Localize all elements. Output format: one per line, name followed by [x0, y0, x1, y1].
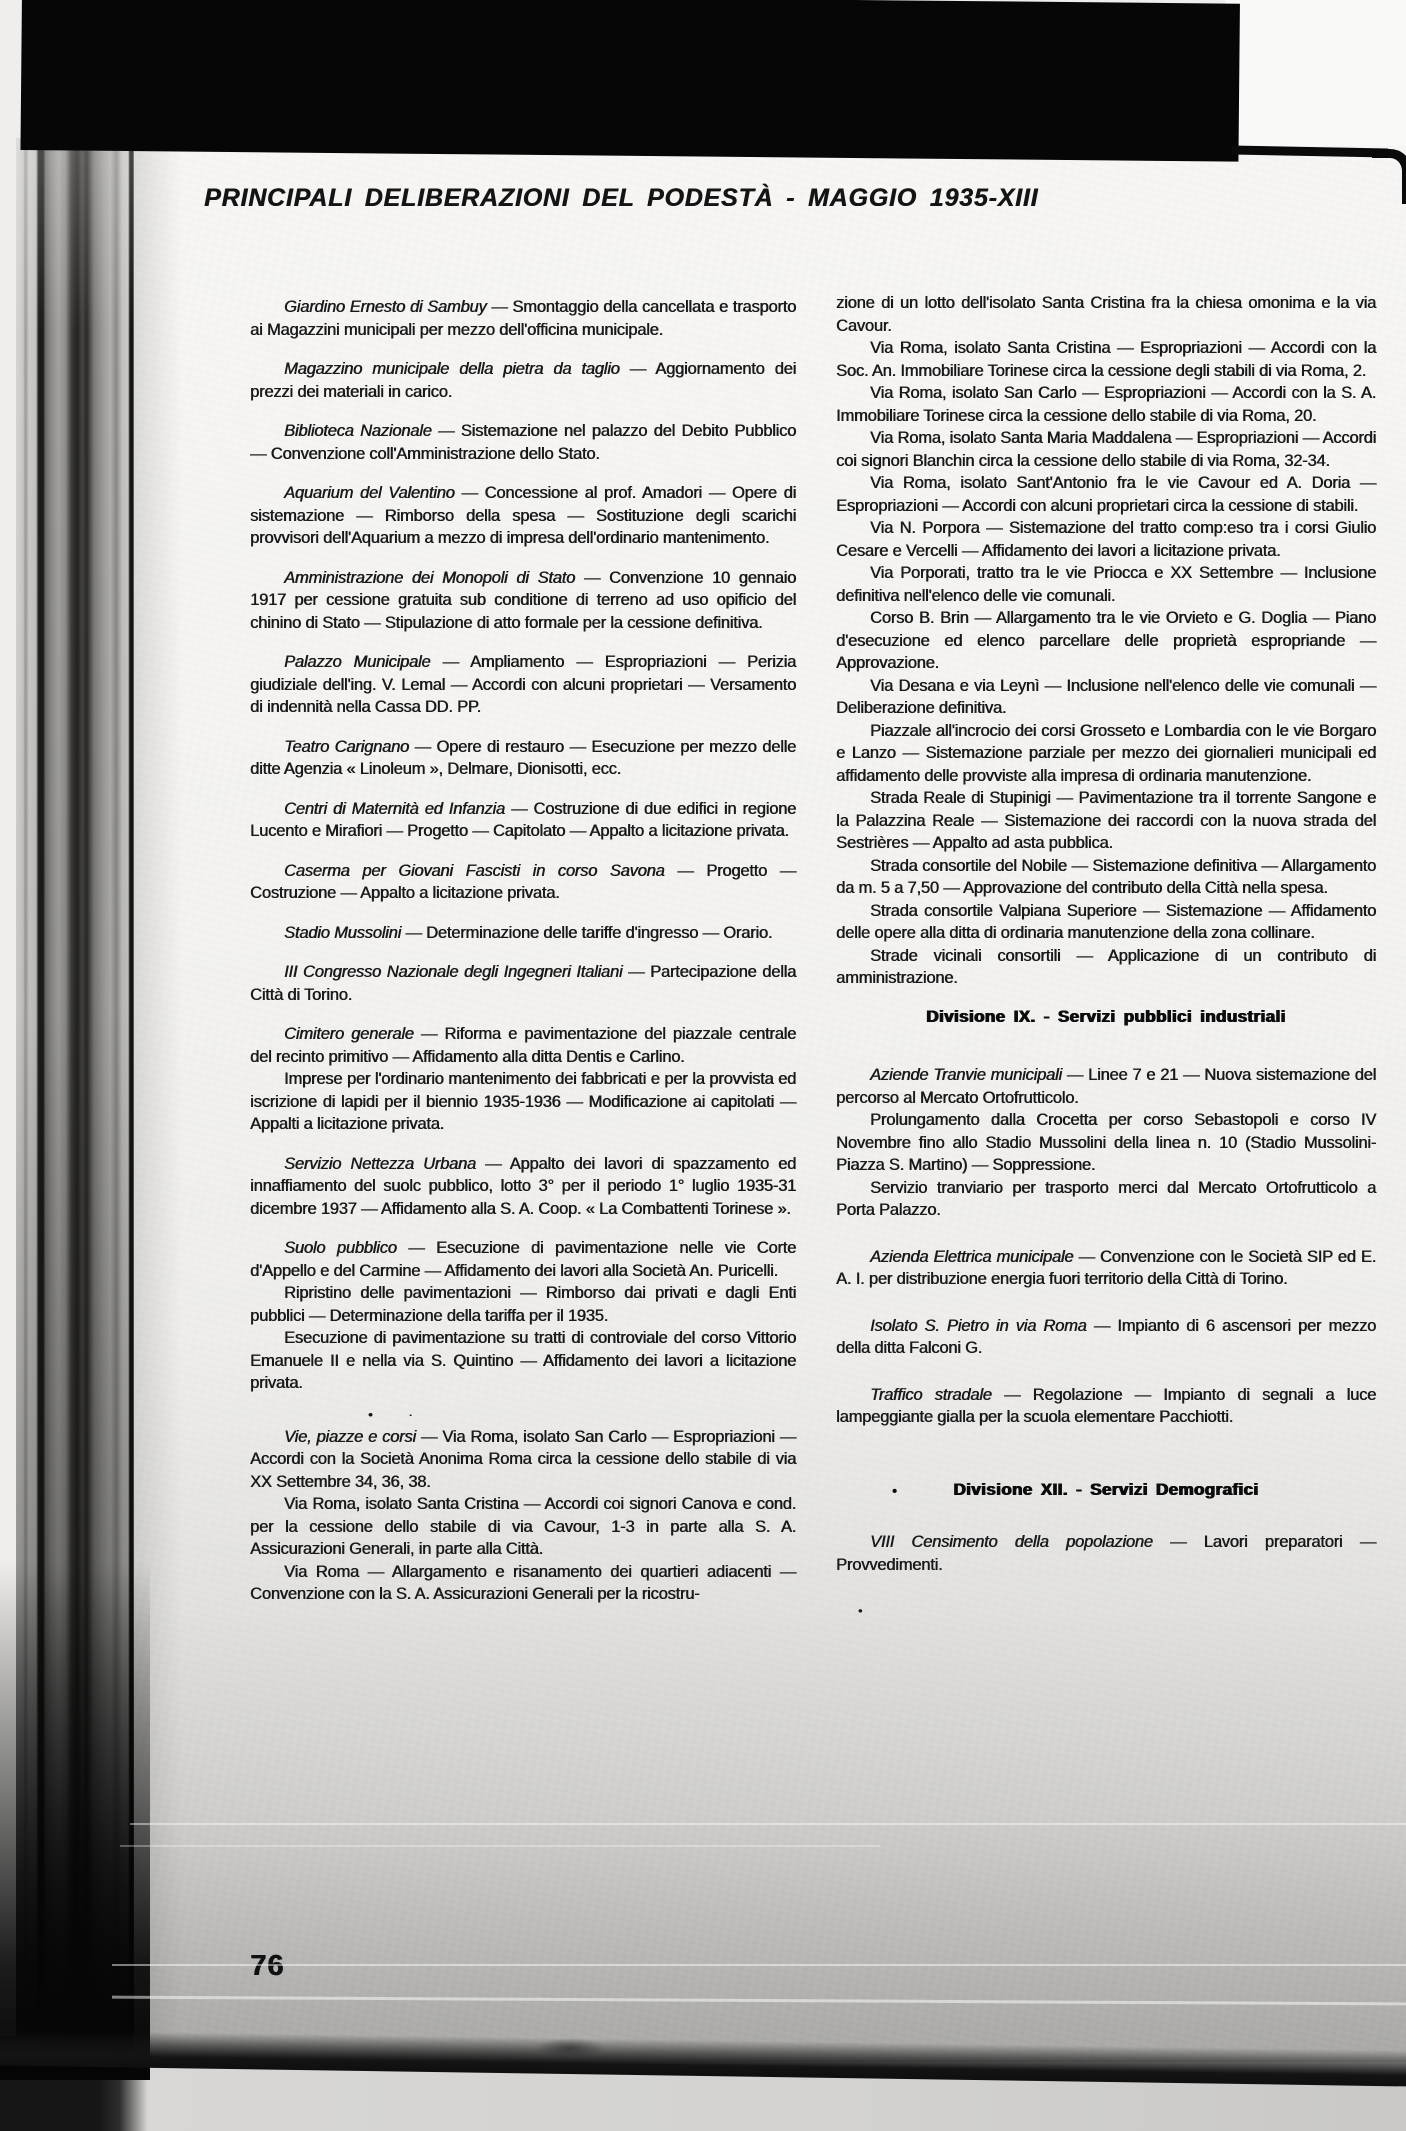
- entry-lead: Palazzo Municipale: [284, 653, 430, 671]
- deliberation-block: Palazzo Municipale — Ampliamento — Espro…: [250, 651, 796, 719]
- paragraph: Via Roma, isolato Santa Cristina — Espro…: [836, 337, 1376, 382]
- division-ix-heading: Divisione IX. - Servizi pubblici industr…: [836, 1006, 1376, 1029]
- paragraph: zione di un lotto dell'isolato Santa Cri…: [836, 292, 1376, 337]
- black-cover-band: [20, 0, 1239, 162]
- left-column: Giardino Ernesto di Sambuy — Smontaggio …: [250, 296, 796, 1623]
- entry-lead: Isolato S. Pietro in via Roma: [870, 1317, 1086, 1335]
- entry-lead: Amministrazione dei Monopoli di Stato: [284, 569, 575, 587]
- deliberation-block: Strade vicinali consortili — Applicazion…: [836, 945, 1376, 990]
- paragraph: Amministrazione dei Monopoli di Stato — …: [250, 567, 796, 635]
- deliberation-block: Cimitero generale — Riforma e pavimentaz…: [250, 1023, 796, 1136]
- paragraph: Centri di Maternità ed Infanzia — Costru…: [250, 798, 796, 843]
- scan-scratch: [120, 1845, 880, 1847]
- deliberation-block: Isolato S. Pietro in via Roma — Impianto…: [836, 1315, 1376, 1360]
- deliberation-block: Suolo pubblico — Esecuzione di pavimenta…: [250, 1237, 796, 1395]
- entry-lead: Centri di Maternità ed Infanzia: [284, 800, 505, 818]
- division-ix-heading-label: Divisione IX. - Servizi pubblici industr…: [926, 1007, 1285, 1026]
- paragraph: Palazzo Municipale — Ampliamento — Espro…: [250, 651, 796, 719]
- paragraph: Isolato S. Pietro in via Roma — Impianto…: [836, 1315, 1376, 1360]
- cover-corner: [1372, 149, 1406, 204]
- paragraph: Cimitero generale — Riforma e pavimentaz…: [250, 1023, 796, 1068]
- paragraph: Giardino Ernesto di Sambuy — Smontaggio …: [250, 296, 796, 341]
- paragraph: Via Roma, isolato San Carlo — Espropriaz…: [836, 382, 1376, 427]
- paragraph: Via Roma — Allargamento e risanamento de…: [250, 1561, 796, 1606]
- paragraph: Stadio Mussolini — Determinazione delle …: [250, 922, 796, 945]
- deliberation-block: Via Roma, isolato Sant'Antonio fra le vi…: [836, 472, 1376, 517]
- paragraph: Vie, piazze e corsi — Via Roma, isolato …: [250, 1426, 796, 1494]
- deliberation-block: Teatro Carignano — Opere di restauro — E…: [250, 736, 796, 781]
- paragraph: Strada consortile del Nobile — Sistemazi…: [836, 855, 1376, 900]
- deliberation-block: Via Roma, isolato Santa Maria Maddalena …: [836, 427, 1376, 472]
- paragraph: Ripristino delle pavimentazioni — Rimbor…: [250, 1282, 796, 1327]
- deliberation-block: Vie, piazze e corsi — Via Roma, isolato …: [250, 1426, 796, 1606]
- deliberation-block: Via Roma, isolato San Carlo — Espropriaz…: [836, 382, 1376, 427]
- entry-lead: Vie, piazze e corsi: [284, 1428, 416, 1446]
- deliberation-block: Strada consortile Valpiana Superiore — S…: [836, 900, 1376, 945]
- entry-lead: Cimitero generale: [284, 1025, 414, 1043]
- entry-lead: VIII Censimento della popolazione: [870, 1533, 1153, 1551]
- paragraph: Suolo pubblico — Esecuzione di pavimenta…: [250, 1237, 796, 1282]
- deliberation-block: Amministrazione dei Monopoli di Stato — …: [250, 567, 796, 635]
- paragraph: Via Porporati, tratto tra le vie Priocca…: [836, 562, 1376, 607]
- entry-lead: Suolo pubblico: [284, 1239, 397, 1257]
- entry-lead: Azienda Elettrica municipale: [870, 1248, 1073, 1266]
- paragraph: III Congresso Nazionale degli Ingegneri …: [250, 961, 796, 1006]
- deliberation-block: Servizio Nettezza Urbana — Appalto dei l…: [250, 1153, 796, 1221]
- paragraph: Strade vicinali consortili — Applicazion…: [836, 945, 1376, 990]
- entry-lead: Traffico stradale: [870, 1386, 992, 1404]
- deliberation-block: III Congresso Nazionale degli Ingegneri …: [250, 961, 796, 1006]
- entry-lead: Aziende Tranvie municipali: [870, 1066, 1062, 1084]
- deliberation-block: Stadio Mussolini — Determinazione delle …: [250, 922, 796, 945]
- paragraph: Piazzale all'incrocio dei corsi Grosseto…: [836, 720, 1376, 788]
- deliberation-block: VIII Censimento della popolazione — Lavo…: [836, 1531, 1376, 1576]
- deliberation-block: Traffico stradale — Regolazione — Impian…: [836, 1384, 1376, 1429]
- deliberation-block: Corso B. Brin — Allargamento tra le vie …: [836, 607, 1376, 675]
- scan-scratch: [130, 1823, 1406, 1825]
- deliberation-block: Via Porporati, tratto tra le vie Priocca…: [836, 562, 1376, 607]
- paragraph: Esecuzione di pavimentazione su tratti d…: [250, 1327, 796, 1395]
- entry-lead: Aquarium del Valentino: [284, 484, 455, 502]
- ink-dot-icon: •: [858, 1600, 1376, 1623]
- deliberation-block: Aquarium del Valentino — Concessione al …: [250, 482, 796, 550]
- deliberation-block: Aziende Tranvie municipali — Linee 7 e 2…: [836, 1064, 1376, 1222]
- division-ix-blocks: Aziende Tranvie municipali — Linee 7 e 2…: [836, 1064, 1376, 1429]
- deliberation-block: zione di un lotto dell'isolato Santa Cri…: [836, 292, 1376, 337]
- right-column-intro: zione di un lotto dell'isolato Santa Cri…: [836, 292, 1376, 990]
- paragraph: Corso B. Brin — Allargamento tra le vie …: [836, 607, 1376, 675]
- deliberation-block: Caserma per Giovani Fascisti in corso Sa…: [250, 860, 796, 905]
- right-column: zione di un lotto dell'isolato Santa Cri…: [836, 292, 1376, 1623]
- paragraph: Caserma per Giovani Fascisti in corso Sa…: [250, 860, 796, 905]
- entry-lead: Giardino Ernesto di Sambuy: [284, 298, 486, 316]
- entry-lead: Magazzino municipale della pietra da tag…: [284, 360, 620, 378]
- paragraph: Via Roma, isolato Santa Maria Maddalena …: [836, 427, 1376, 472]
- paragraph: Strada Reale di Stupinigi — Pavimentazio…: [836, 787, 1376, 855]
- page-title: PRINCIPALI DELIBERAZIONI DEL PODESTÀ - M…: [204, 184, 1064, 213]
- scanned-book-page: PRINCIPALI DELIBERAZIONI DEL PODESTÀ - M…: [0, 0, 1406, 2131]
- gutter-shadow: [0, 1560, 150, 2080]
- paragraph: Via Desana e via Leynì — Inclusione nell…: [836, 675, 1376, 720]
- paragraph: Servizio tranviario per trasporto merci …: [836, 1177, 1376, 1222]
- entry-lead: Stadio Mussolini: [284, 924, 401, 942]
- entry-lead: III Congresso Nazionale degli Ingegneri …: [284, 963, 622, 981]
- deliberation-block: Strada consortile del Nobile — Sistemazi…: [836, 855, 1376, 900]
- paragraph: Prolungamento dalla Crocetta per corso S…: [836, 1109, 1376, 1177]
- paragraph: Aziende Tranvie municipali — Linee 7 e 2…: [836, 1064, 1376, 1109]
- paragraph: Via Roma, isolato Santa Cristina — Accor…: [250, 1493, 796, 1561]
- paragraph: Servizio Nettezza Urbana — Appalto dei l…: [250, 1153, 796, 1221]
- paragraph: Via Roma, isolato Sant'Antonio fra le vi…: [836, 472, 1376, 517]
- deliberation-block: Via Roma, isolato Santa Cristina — Espro…: [836, 337, 1376, 382]
- deliberation-block: Magazzino municipale della pietra da tag…: [250, 358, 796, 403]
- page-number: 76: [250, 1950, 284, 1983]
- deliberation-block: Azienda Elettrica municipale — Convenzio…: [836, 1246, 1376, 1291]
- paragraph: VIII Censimento della popolazione — Lavo…: [836, 1531, 1376, 1576]
- paragraph: Traffico stradale — Regolazione — Impian…: [836, 1384, 1376, 1429]
- scan-scratch: [112, 1964, 1406, 1966]
- ink-dot-icon: •: [892, 1481, 898, 1504]
- ink-dot-icon: • ·: [368, 1404, 796, 1418]
- division-xii-heading: • Divisione XII. - Servizi Demografici: [836, 1479, 1376, 1502]
- paragraph: Imprese per l'ordinario mantenimento dei…: [250, 1068, 796, 1136]
- paragraph: Magazzino municipale della pietra da tag…: [250, 358, 796, 403]
- paragraph: Strada consortile Valpiana Superiore — S…: [836, 900, 1376, 945]
- entry-lead: Teatro Carignano: [284, 738, 409, 756]
- deliberation-block: Via N. Porpora — Sistemazione del tratto…: [836, 517, 1376, 562]
- entry-lead: Caserma per Giovani Fascisti in corso Sa…: [284, 862, 664, 880]
- deliberation-block: Centri di Maternità ed Infanzia — Costru…: [250, 798, 796, 843]
- entry-lead: Biblioteca Nazionale: [284, 422, 432, 440]
- deliberation-block: Piazzale all'incrocio dei corsi Grosseto…: [836, 720, 1376, 788]
- deliberation-block: Via Desana e via Leynì — Inclusione nell…: [836, 675, 1376, 720]
- paragraph: Via N. Porpora — Sistemazione del tratto…: [836, 517, 1376, 562]
- division-xii-blocks: VIII Censimento della popolazione — Lavo…: [836, 1531, 1376, 1576]
- paragraph: Aquarium del Valentino — Concessione al …: [250, 482, 796, 550]
- paragraph: Biblioteca Nazionale — Sistemazione nel …: [250, 420, 796, 465]
- deliberation-block: Biblioteca Nazionale — Sistemazione nel …: [250, 420, 796, 465]
- paragraph: Teatro Carignano — Opere di restauro — E…: [250, 736, 796, 781]
- entry-lead: Servizio Nettezza Urbana: [284, 1155, 476, 1173]
- deliberation-block: Strada Reale di Stupinigi — Pavimentazio…: [836, 787, 1376, 855]
- scan-background-corner: [1225, 0, 1406, 170]
- deliberation-block: Giardino Ernesto di Sambuy — Smontaggio …: [250, 296, 796, 341]
- division-xii-heading-label: Divisione XII. - Servizi Demografici: [953, 1480, 1258, 1499]
- paragraph: Azienda Elettrica municipale — Convenzio…: [836, 1246, 1376, 1291]
